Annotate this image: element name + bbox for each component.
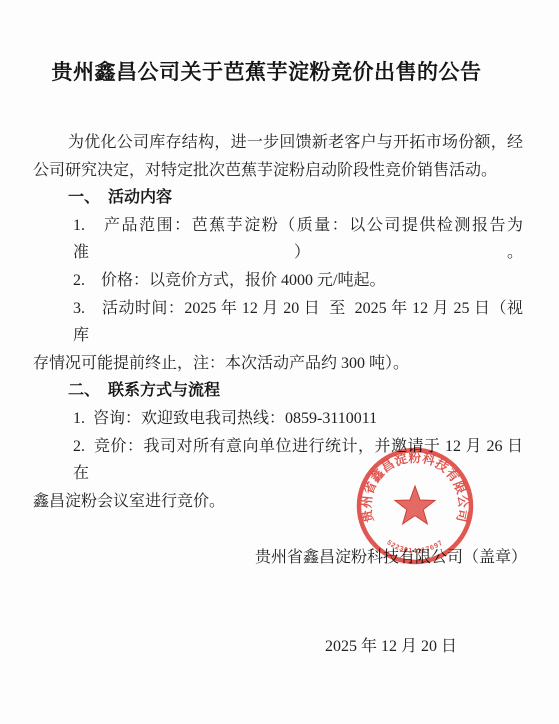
body-line: 3. 活动时间：2025 年 12 月 20 日 至 2025 年 12 月 2… bbox=[33, 295, 523, 350]
body-line: 存情况可能提前终止，注：本次活动产品约 300 吨）。 bbox=[33, 350, 523, 378]
signature-block: 贵州省鑫昌淀粉科技有限公司（盖章） 2025 年 12 月 20 日 bbox=[255, 484, 527, 720]
section-heading: 二、 联系方式与流程 bbox=[33, 377, 523, 405]
body-line: 2. 价格：以竞价方式，报价 4000 元/吨起。 bbox=[33, 267, 523, 295]
announcement-document: 贵州鑫昌公司关于芭蕉芋淀粉竞价出售的公告 为优化公司库存结构，进一步回馈新老客户… bbox=[0, 0, 559, 724]
body-line: 2. 竞价：我司对所有意向单位进行统计，并邀请于 12 月 26 日在 bbox=[33, 433, 523, 488]
body-line: 为优化公司库存结构，进一步回馈新老客户与开拓市场份额，经 bbox=[33, 129, 523, 157]
body-line: 公司研究决定，对特定批次芭蕉芋淀粉启动阶段性竞价销售活动。 bbox=[33, 157, 523, 185]
signature-date: 2025 年 12 月 20 日 bbox=[255, 632, 527, 662]
section-heading: 一、 活动内容 bbox=[33, 184, 523, 212]
body-line: 1. 产品范围：芭蕉芋淀粉（质量：以公司提供检测报告为准）。 bbox=[33, 212, 523, 267]
document-body: 为优化公司库存结构，进一步回馈新老客户与开拓市场份额，经公司研究决定，对特定批次… bbox=[33, 129, 523, 515]
page-title: 贵州鑫昌公司关于芭蕉芋淀粉竞价出售的公告 bbox=[0, 56, 533, 86]
signature-company: 贵州省鑫昌淀粉科技有限公司（盖章） bbox=[255, 543, 527, 573]
body-line: 1. 咨询：欢迎致电我司热线：0859-3110011 bbox=[33, 405, 523, 433]
